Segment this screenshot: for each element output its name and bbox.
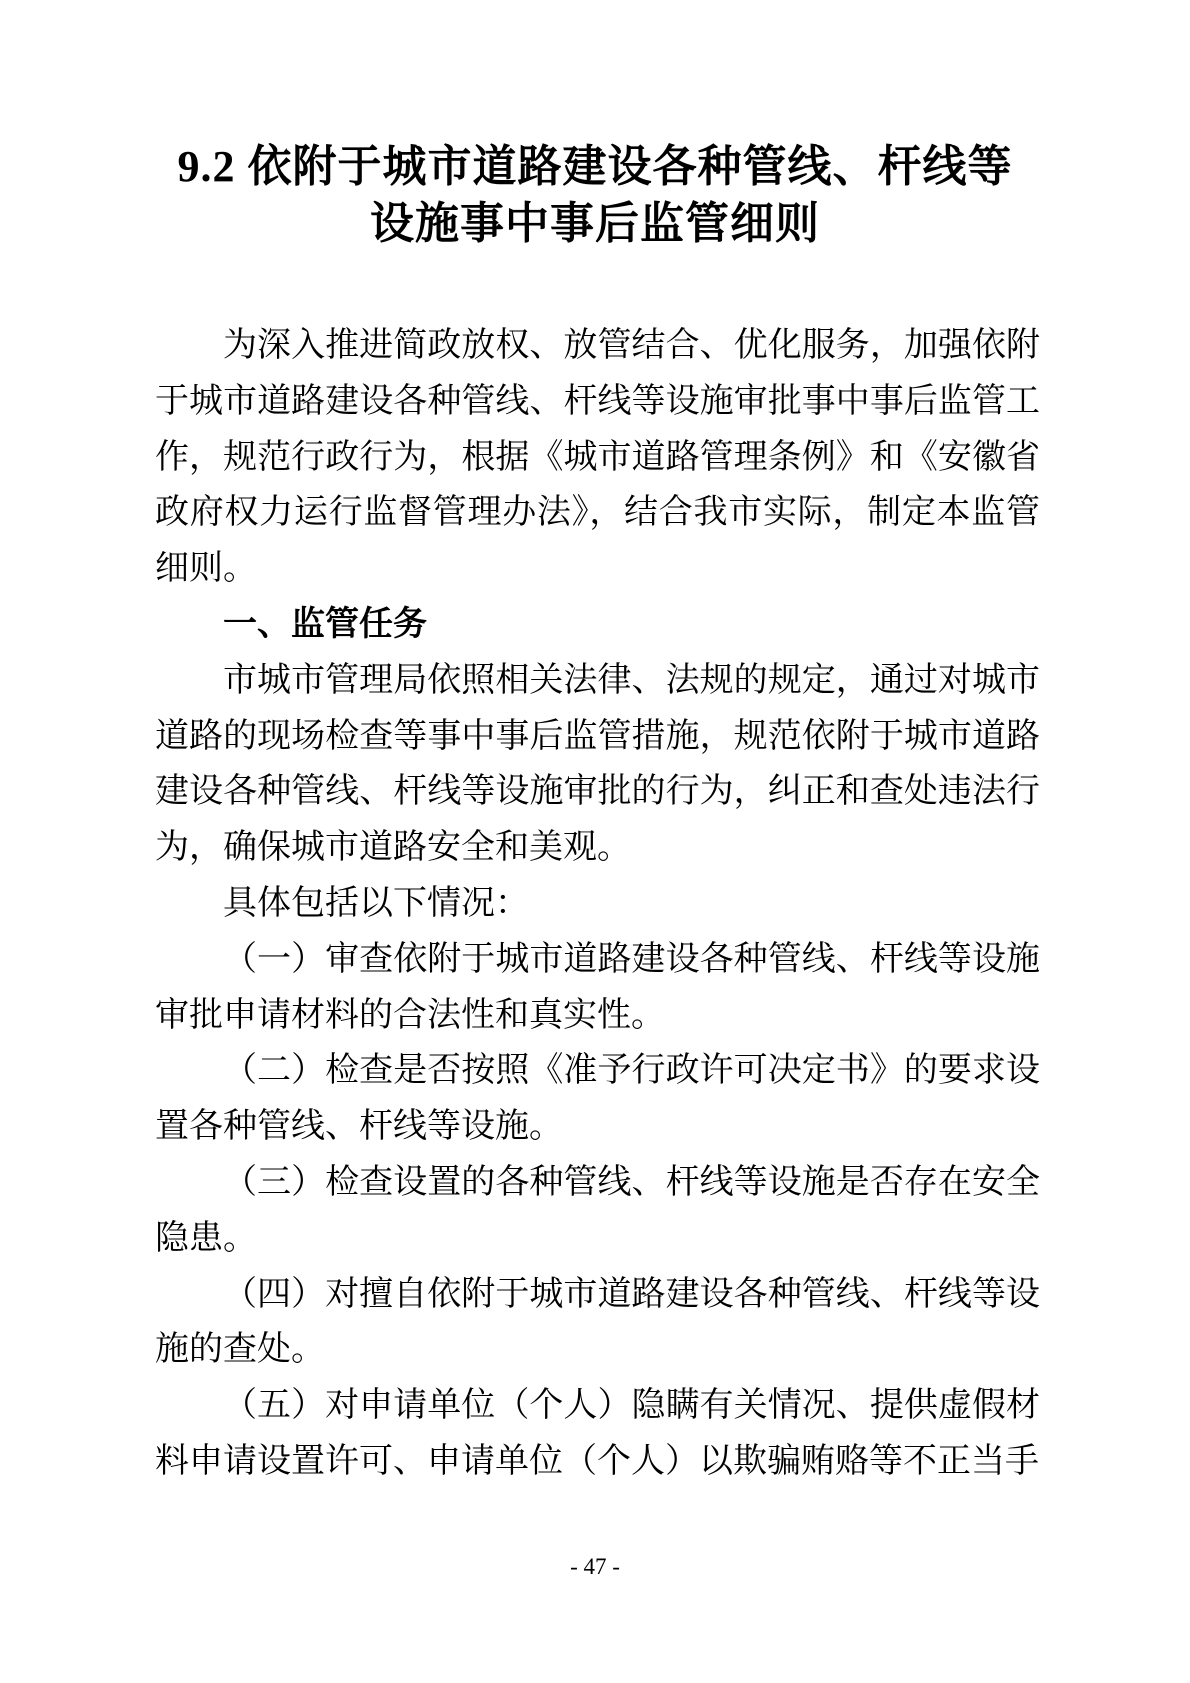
page-number: - 47 - — [570, 1554, 620, 1579]
paragraph-item-1: （一）审查依附于城市道路建设各种管线、杆线等设施审批申请材料的合法性和真实性。 — [155, 932, 1040, 1044]
document-body: 为深入推进简政放权、放管结合、优化服务，加强依附于城市道路建设各种管线、杆线等设… — [155, 318, 1040, 1490]
page-footer: - 47 - — [0, 1552, 1190, 1582]
paragraph-item-3: （三）检查设置的各种管线、杆线等设施是否存在安全隐患。 — [155, 1155, 1040, 1267]
paragraph-item-2: （二）检查是否按照《准予行政许可决定书》的要求设置各种管线、杆线等设施。 — [155, 1043, 1040, 1155]
paragraph-item-5: （五）对申请单位（个人）隐瞒有关情况、提供虚假材料申请设置许可、申请单位（个人）… — [155, 1378, 1040, 1490]
document-title-line-1: 9.2 依附于城市道路建设各种管线、杆线等 — [100, 138, 1090, 195]
paragraph-item-4: （四）对擅自依附于城市道路建设各种管线、杆线等设施的查处。 — [155, 1267, 1040, 1379]
paragraph-intro: 为深入推进简政放权、放管结合、优化服务，加强依附于城市道路建设各种管线、杆线等设… — [155, 318, 1040, 597]
document-page: 9.2 依附于城市道路建设各种管线、杆线等 设施事中事后监管细则 为深入推进简政… — [0, 0, 1190, 1683]
paragraph-situations-lead-in: 具体包括以下情况： — [155, 876, 1040, 932]
document-title: 9.2 依附于城市道路建设各种管线、杆线等 设施事中事后监管细则 — [100, 138, 1090, 252]
document-title-line-2: 设施事中事后监管细则 — [100, 195, 1090, 252]
section-heading-supervision-tasks: 一、监管任务 — [155, 597, 1040, 653]
paragraph-supervision-overview: 市城市管理局依照相关法律、法规的规定，通过对城市道路的现场检查等事中事后监管措施… — [155, 653, 1040, 876]
